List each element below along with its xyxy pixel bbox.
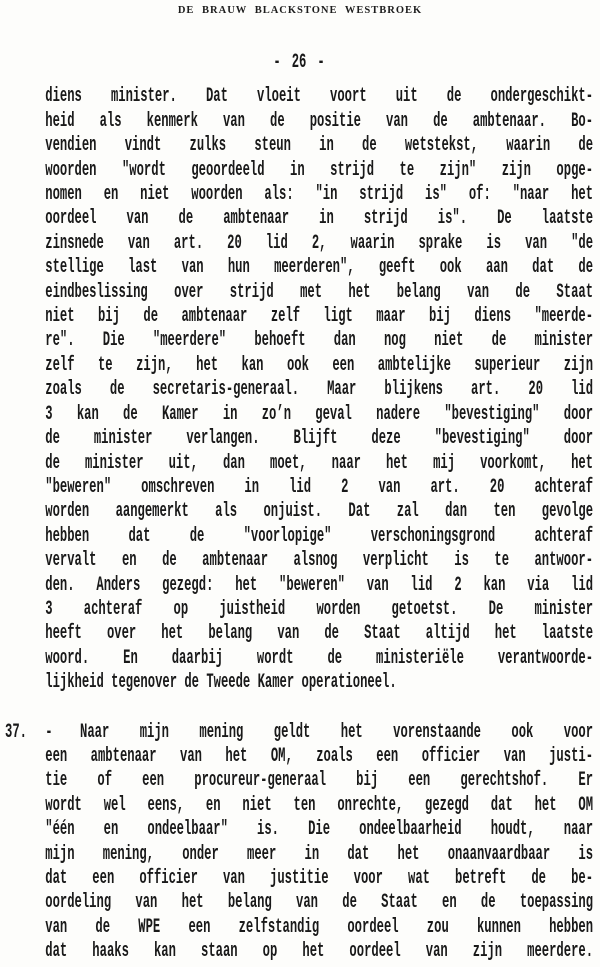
text-line: re". Die "meerdere" behoeft dan nog niet… (45, 329, 593, 353)
text-line: de minister uit, dan moet, naar het mij … (45, 452, 593, 476)
paragraph-37-lines: een ambtenaar van het OM, zoals een offi… (45, 745, 593, 965)
text-line: woord. En daarbij wordt de ministeriële … (45, 647, 593, 671)
text-line: den. Anders gezegd: het "beweren" van li… (45, 574, 593, 598)
text-line: "beweren" omschreven in lid 2 van art. 2… (45, 476, 593, 500)
text-line: oordeling van het belang van de Staat en… (45, 891, 593, 915)
text-line: zinsnede van art. 20 lid 2, waarin sprak… (45, 232, 593, 256)
dash-marker: - (45, 721, 52, 745)
text-line: dat een officier van justitie voor wat b… (45, 867, 593, 891)
text-line: Naar mijn mening geldt het vorenstaande … (80, 721, 593, 745)
paragraph-continuation-lines: diens minister. Dat vloeit voort uit de … (45, 85, 593, 695)
paragraph-continuation: diens minister. Dat vloeit voort uit de … (45, 85, 593, 695)
text-line: lijkheid tegenover de Tweede Kamer opera… (45, 671, 593, 695)
text-line: woorden "wordt geoordeeld in strijd te z… (45, 159, 593, 183)
paragraph-37: 37. - Naar mijn mening geldt het vorenst… (45, 721, 593, 965)
text-line: van de WPE een zelfstandig oordeel zou k… (45, 916, 593, 940)
document-page: DE BRAUW BLACKSTONE WESTBROEK - 26 - die… (0, 0, 600, 967)
text-line: vendien vindt zulks steun in de wetsteks… (45, 134, 593, 158)
text-line: 3 kan de Kamer in zo’n geval nadere "bev… (45, 403, 593, 427)
text-line: eindbeslissing over strijd met het belan… (45, 281, 593, 305)
text-line: de minister verlangen. Blijft deze "beve… (45, 427, 593, 451)
text-line: stellige last van hun meerderen", geeft … (45, 256, 593, 280)
text-line: niet bij de ambtenaar zelf ligt maar bij… (45, 305, 593, 329)
text-line: vervalt en de ambtenaar alsnog verplicht… (45, 549, 593, 573)
text-line: dat haaks kan staan op het oordeel van z… (45, 940, 593, 964)
text-line-first: - Naar mijn mening geldt het vorenstaand… (45, 721, 593, 745)
text-line: wordt wel eens, en niet ten onrechte, ge… (45, 794, 593, 818)
text-line: tie of een procureur-generaal bij een ge… (45, 769, 593, 793)
text-line: diens minister. Dat vloeit voort uit de … (45, 85, 593, 109)
text-line: heid als kenmerk van de positie van de a… (45, 110, 593, 134)
text-line: hebben dat de "voorlopige" verschoningsg… (45, 525, 593, 549)
text-line: "één en ondeelbaar" is. Die ondeelbaarhe… (45, 818, 593, 842)
text-line: nomen en niet woorden als: "in strijd is… (45, 183, 593, 207)
paragraph-number: 37. (5, 721, 27, 745)
text-line: een ambtenaar van het OM, zoals een offi… (45, 745, 593, 769)
text-line: oordeel van de ambtenaar in strijd is". … (45, 207, 593, 231)
page-number: - 26 - (5, 51, 593, 75)
text-line: mijn mening, onder meer in dat het onaan… (45, 843, 593, 867)
text-line: heeft over het belang van de Staat altij… (45, 622, 593, 646)
text-line: worden aangemerkt als onjuist. Dat zal d… (45, 500, 593, 524)
typewritten-text-column: - 26 - diens minister. Dat vloeit voort … (5, 51, 593, 965)
letterhead-firm-name: DE BRAUW BLACKSTONE WESTBROEK (0, 5, 600, 16)
text-line: 3 achteraf op juistheid worden getoetst.… (45, 598, 593, 622)
text-line: zoals de secretaris-generaal. Maar blijk… (45, 378, 593, 402)
text-line: zelf te zijn, het kan ook een ambtelijke… (45, 354, 593, 378)
